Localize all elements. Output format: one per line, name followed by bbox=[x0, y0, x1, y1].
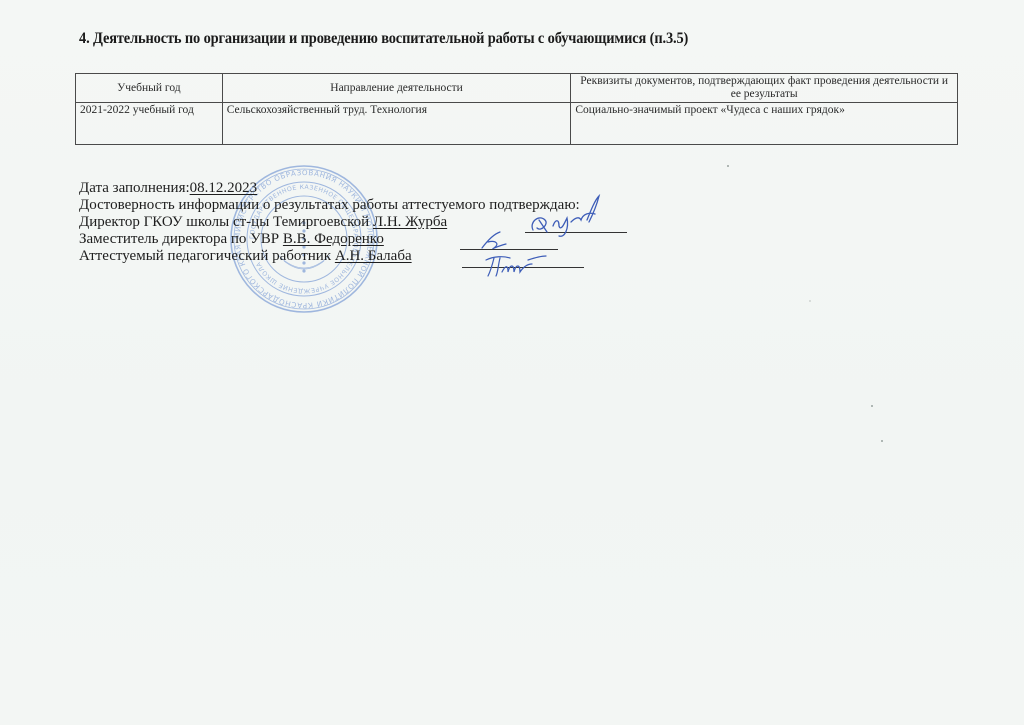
header-activity-direction: Направление деятельности bbox=[222, 74, 571, 103]
teacher-signature-line bbox=[462, 267, 584, 268]
director-name: Л.Н. Журба bbox=[373, 214, 447, 230]
deputy-line: Заместитель директора по УВР В.В. Федоре… bbox=[79, 231, 580, 248]
fill-date-label: Дата заполнения: bbox=[79, 180, 190, 196]
scan-speck bbox=[809, 300, 811, 302]
cell-supporting-documents: Социально-значимый проект «Чудеса с наши… bbox=[571, 103, 958, 145]
teacher-role: Аттестуемый педагогический работник bbox=[79, 248, 335, 264]
fill-date-line: Дата заполнения:08.12.2023 bbox=[79, 180, 580, 197]
teacher-line: Аттестуемый педагогический работник А.Н.… bbox=[79, 248, 580, 265]
table-header-row: Учебный год Направление деятельности Рек… bbox=[76, 74, 958, 103]
cell-activity-direction: Сельскохозяйственный труд. Технология bbox=[222, 103, 571, 145]
header-supporting-documents: Реквизиты документов, подтверждающих фак… bbox=[571, 74, 958, 103]
header-academic-year: Учебный год bbox=[76, 74, 223, 103]
confirmation-line: Достоверность информации о результатах р… bbox=[79, 197, 580, 214]
section-title: 4. Деятельность по организации и проведе… bbox=[79, 30, 688, 48]
deputy-signature-line bbox=[460, 249, 558, 250]
activity-table: Учебный год Направление деятельности Рек… bbox=[75, 73, 958, 145]
director-signature-line bbox=[525, 232, 627, 233]
scan-speck bbox=[727, 165, 729, 167]
scan-speck bbox=[871, 405, 873, 407]
cell-academic-year: 2021-2022 учебный год bbox=[76, 103, 223, 145]
fill-date-value: 08.12.2023 bbox=[190, 180, 258, 196]
director-line: Директор ГКОУ школы ст-цы Темиргоевской … bbox=[79, 214, 580, 231]
table-row: 2021-2022 учебный год Сельскохозяйственн… bbox=[76, 103, 958, 145]
deputy-role: Заместитель директора по УВР bbox=[79, 231, 283, 247]
scan-speck bbox=[881, 440, 883, 442]
scanned-page: 4. Деятельность по организации и проведе… bbox=[0, 0, 1024, 725]
signature-block: Дата заполнения:08.12.2023 Достоверность… bbox=[79, 180, 580, 265]
teacher-name: А.Н. Балаба bbox=[335, 248, 412, 264]
deputy-name: В.В. Федоренко bbox=[283, 231, 384, 247]
director-role: Директор ГКОУ школы ст-цы Темиргоевской bbox=[79, 214, 373, 230]
confirmation-text: Достоверность информации о результатах р… bbox=[79, 197, 580, 213]
